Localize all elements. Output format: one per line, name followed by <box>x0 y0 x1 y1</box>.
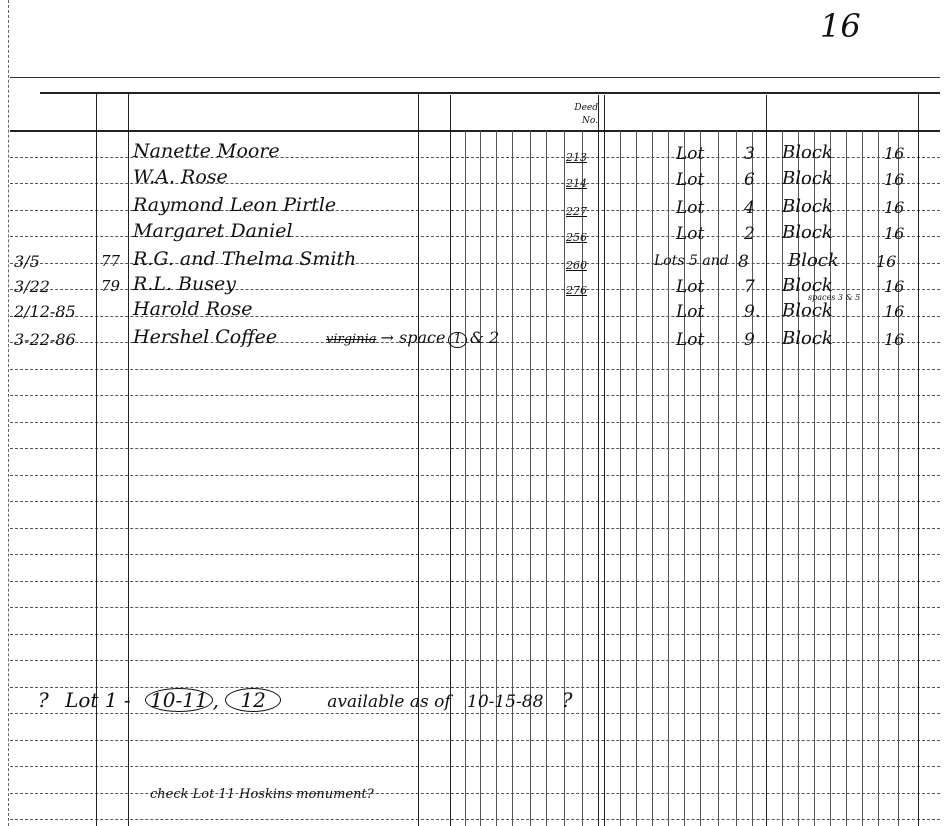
column-rule <box>598 95 599 826</box>
entry-date: 3/22 <box>14 279 50 295</box>
entry-block-label: Block <box>782 330 833 348</box>
annotation-circled: 1 <box>448 332 466 348</box>
annotation-text: space <box>399 328 445 347</box>
entry-block-number: 16 <box>884 279 904 295</box>
column-rule <box>128 92 129 826</box>
entry-block-label: Block <box>782 144 833 162</box>
grid-subcolumn <box>878 131 879 826</box>
entry-name: Margaret Daniel <box>133 222 293 241</box>
grid-subcolumn <box>496 131 497 826</box>
entry-deed-no: 227 <box>566 206 587 217</box>
ruled-line <box>10 660 940 661</box>
ruled-line <box>10 740 940 741</box>
ruled-line <box>10 766 940 767</box>
entry-lot-label: Lot <box>676 279 704 296</box>
entry-block-number: 16 <box>884 146 904 162</box>
entry-lot-number: 8 <box>738 254 749 271</box>
entry-name: Harold Rose <box>133 300 252 319</box>
entry-date: 3-22-86 <box>14 332 76 348</box>
ruled-line <box>10 554 940 555</box>
entry-block-number: 16 <box>884 226 904 242</box>
entry-lot-label: Lots 5 and <box>654 254 729 268</box>
entry-lot-label: Lot <box>676 304 704 321</box>
column-rule <box>918 92 919 826</box>
check-note: check Lot 11 Hoskins monument? <box>150 788 374 801</box>
grid-subcolumn <box>636 131 637 826</box>
entry-lot-number: 4 <box>744 200 755 217</box>
ruled-line <box>10 501 940 502</box>
entry-name: Hershel Coffee <box>133 328 277 347</box>
ruled-line <box>10 369 940 370</box>
column-rule <box>604 95 605 826</box>
entry-lot-label: Lot <box>676 332 704 349</box>
entry-block-number: 16 <box>884 332 904 348</box>
entry-lot-number: 3 <box>744 146 755 163</box>
grid-subcolumn <box>620 131 621 826</box>
grid-subcolumn <box>564 131 565 826</box>
column-rule <box>766 95 767 826</box>
column-rule <box>96 92 97 826</box>
deed-no-header: Deed No. <box>556 102 598 128</box>
note-circled-lots-2: 12 <box>225 688 280 712</box>
header-bottom-rule <box>10 130 940 132</box>
entry-lot-number: 9 <box>744 332 755 349</box>
entry-lot-label: Lot <box>676 146 704 163</box>
note-available-date: 10-15-88 <box>467 692 543 712</box>
grid-subcolumn <box>862 131 863 826</box>
note-question-suffix: ? <box>562 688 573 712</box>
ruled-line <box>10 713 940 714</box>
grid-subcolumn <box>480 131 481 826</box>
note-separator: , <box>213 688 219 712</box>
entry-deed-no: 256 <box>566 232 587 243</box>
entry-deed-no: 260 <box>566 260 587 271</box>
ruled-line <box>10 528 940 529</box>
entry-lot-number: 2 <box>744 226 755 243</box>
ruled-line <box>10 634 940 635</box>
entry-block-number: 16 <box>884 304 904 320</box>
header-rule <box>40 92 940 94</box>
entry-lot-label: Lot <box>676 172 704 189</box>
entry-block-number: 16 <box>884 200 904 216</box>
ruled-line <box>10 475 940 476</box>
annotation-suffix: & 2 <box>470 328 500 347</box>
entry-date: 3/5 <box>14 254 40 270</box>
entry-name: Nanette Moore <box>133 142 280 161</box>
grid-subcolumn <box>668 131 669 826</box>
entry-block-number: 16 <box>876 254 896 270</box>
page-number: 16 <box>820 10 861 42</box>
entry-block-label: Block <box>788 252 839 270</box>
grid-subcolumn <box>652 131 653 826</box>
grid-subcolumn <box>718 131 719 826</box>
entry-lot-label: Lot <box>676 200 704 217</box>
note-question-prefix: ? <box>38 688 49 712</box>
entry-block-note: spaces 3 & 5 <box>808 294 860 302</box>
entry-deed-no: 213 <box>566 152 587 163</box>
ruled-line <box>10 819 940 820</box>
entry-year: 79 <box>101 279 120 294</box>
entry-lot-label: Lot <box>676 226 704 243</box>
entry-name: R.G. and Thelma Smith <box>133 250 356 269</box>
entry-block-label: Block <box>782 170 833 188</box>
annotation-arrow: → <box>380 328 399 347</box>
note-lot-label: Lot 1 - <box>65 688 131 712</box>
entry-deed-no: 276 <box>566 285 587 296</box>
entry-block-label: Block <box>782 198 833 216</box>
grid-subcolumn <box>846 131 847 826</box>
grid-subcolumn <box>736 131 737 826</box>
entry-year: 77 <box>101 254 120 269</box>
grid-subcolumn <box>530 131 531 826</box>
grid-subcolumn <box>465 131 466 826</box>
entry-block-number: 16 <box>884 172 904 188</box>
column-rule <box>418 92 419 826</box>
availability-note: ? Lot 1 - 10-11, 12 available as of 10-1… <box>38 688 573 712</box>
grid-subcolumn <box>512 131 513 826</box>
grid-subcolumn <box>546 131 547 826</box>
entry-annotation: virginia→ space1& 2 <box>326 330 499 348</box>
column-rule <box>450 95 451 826</box>
ruled-line <box>10 581 940 582</box>
entry-block-label: Block <box>782 302 833 320</box>
margin-rule <box>8 0 9 826</box>
ruled-line <box>10 448 940 449</box>
note-available-text: available as of <box>327 692 450 712</box>
entry-date: 2/12-85 <box>14 304 76 320</box>
entry-lot-number: 6 <box>744 172 755 189</box>
ruled-line <box>10 607 940 608</box>
entry-name: W.A. Rose <box>133 168 228 187</box>
entry-lot-number: 7 <box>744 279 755 296</box>
ruled-line <box>10 422 940 423</box>
entry-name: Raymond Leon Pirtle <box>133 196 336 215</box>
entry-block-label: Block <box>782 224 833 242</box>
ruled-line <box>10 395 940 396</box>
annotation-struck-text: virginia <box>326 332 376 347</box>
entry-lot-number: 9. <box>744 304 760 321</box>
entry-name: R.L. Busey <box>133 275 236 294</box>
note-circled-lots-1: 10-11 <box>145 688 213 712</box>
entry-deed-no: 214 <box>566 178 587 189</box>
top-rule <box>10 77 940 78</box>
ledger-page: 16 Deed No. Nanette Moore213Lot3Block16W… <box>0 0 945 826</box>
